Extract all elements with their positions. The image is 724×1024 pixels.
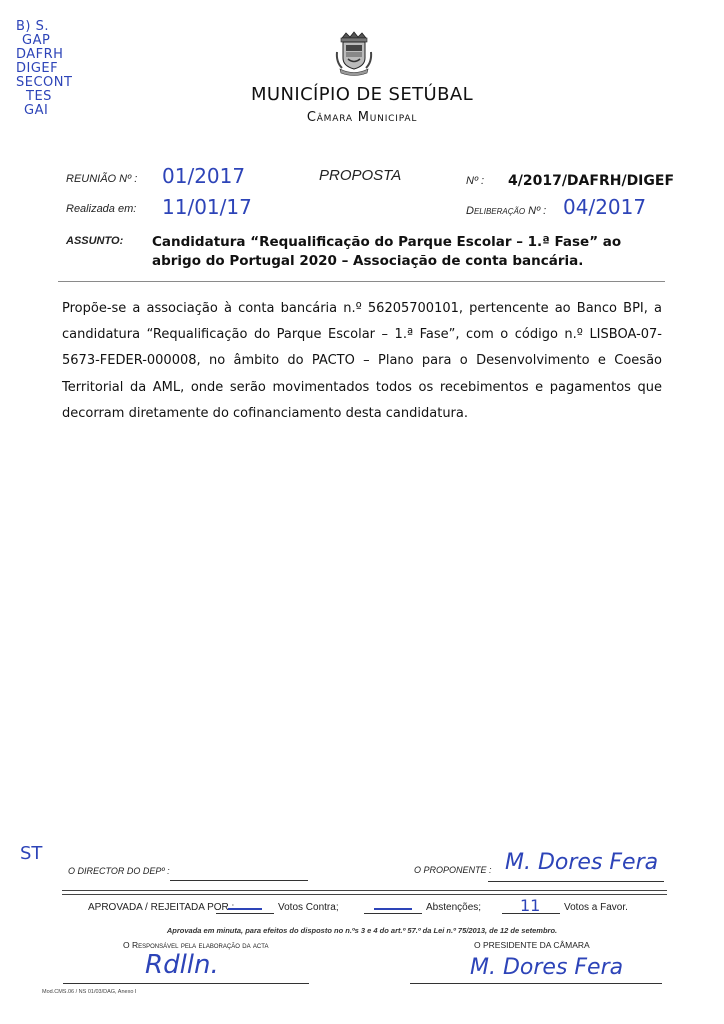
votos-contra-blank xyxy=(216,913,274,914)
proponente-signature: M. Dores Fera xyxy=(505,850,658,875)
reuniao-value: 01/2017 xyxy=(162,164,245,188)
minute-approval-note: Aprovada em minuta, para efeitos do disp… xyxy=(0,926,724,935)
director-signature-line xyxy=(170,880,308,881)
routing-line: GAP xyxy=(16,34,96,48)
numero-label: Nº : xyxy=(466,175,484,187)
abstencoes-dash xyxy=(374,908,412,910)
document-type-heading: PROPOSTA xyxy=(319,167,401,184)
presidente-label: O PRESIDENTE DA CÂMARA xyxy=(474,940,590,950)
numero-value: 4/2017/DAFRH/DIGEF xyxy=(508,173,674,189)
presidente-signature-line xyxy=(410,983,662,984)
header-divider xyxy=(58,281,665,282)
abstencoes-label: Abstenções; xyxy=(426,902,481,913)
routing-line: DAFRH xyxy=(16,48,96,62)
votos-contra-label: Votos Contra; xyxy=(278,902,339,913)
votos-favor-value: 11 xyxy=(520,896,540,915)
realizada-label: Realizada em: xyxy=(66,203,136,215)
responsavel-label: O Responsável pela elaboração da acta xyxy=(123,940,269,950)
proponente-signature-line xyxy=(488,881,664,882)
approval-label: APROVADA / REJEITADA POR : xyxy=(88,902,234,913)
responsavel-signature: Rdlln. xyxy=(145,950,219,980)
votos-contra-dash xyxy=(228,908,262,910)
council-subtitle: Câmara Municipal xyxy=(0,110,724,125)
routing-line: B) S. xyxy=(16,20,96,34)
deliberacao-label: Deliberação Nº : xyxy=(466,205,546,217)
proposal-body: Propõe-se a associação à conta bancária … xyxy=(62,296,662,427)
deliberacao-value: 04/2017 xyxy=(563,195,646,219)
realizada-value: 11/01/17 xyxy=(162,195,252,219)
section-double-rule xyxy=(62,890,667,895)
routing-line: DIGEF xyxy=(16,62,96,76)
form-code: Mod.CMS.06 / NS 01/03/DAG, Anexo I xyxy=(42,989,136,995)
coat-of-arms-icon xyxy=(334,30,374,76)
presidente-signature: M. Dores Fera xyxy=(470,955,623,980)
municipality-title: MUNICÍPIO DE SETÚBAL xyxy=(0,84,724,105)
margin-initials: ST xyxy=(20,843,42,865)
responsavel-signature-line xyxy=(63,983,309,984)
votos-favor-label: Votos a Favor. xyxy=(564,902,628,913)
assunto-label: ASSUNTO: xyxy=(66,235,123,247)
voting-row: APROVADA / REJEITADA POR : Votos Contra;… xyxy=(88,902,688,918)
director-label: O DIRECTOR DO DEPº : xyxy=(68,866,170,876)
abstencoes-blank xyxy=(364,913,422,914)
assunto-text: Candidatura “Requalificação do Parque Es… xyxy=(152,233,672,271)
reuniao-label: REUNIÃO Nº : xyxy=(66,173,137,185)
proponente-label: O PROPONENTE : xyxy=(414,865,492,875)
